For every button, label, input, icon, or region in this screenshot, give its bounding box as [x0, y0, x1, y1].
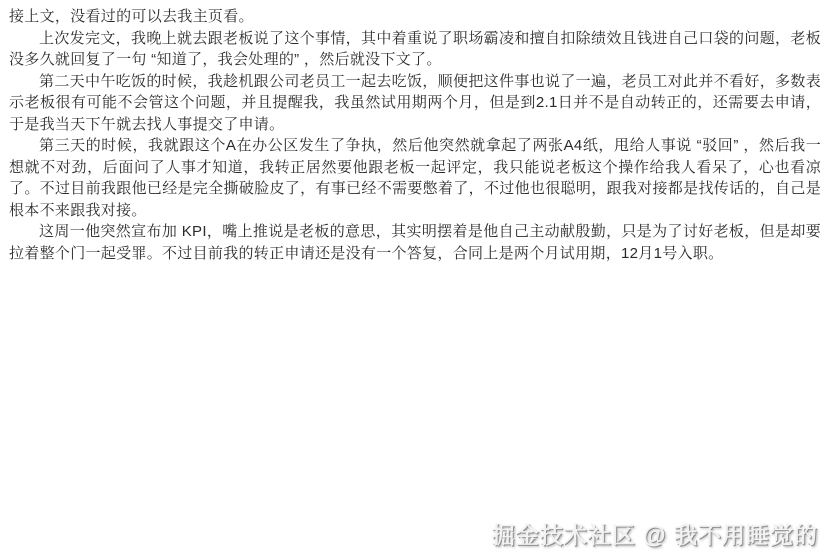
watermark: 掘金技术社区 @ 我不用睡觉的: [492, 517, 818, 550]
post-paragraph: 上次发完文，我晚上就去跟老板说了这个事情，其中着重说了职场霸凌和擅自扣除绩效且钱…: [9, 28, 821, 71]
post-paragraph: 接上文，没看过的可以去我主页看。: [9, 6, 821, 28]
post-paragraph: 这周一他突然宣布加 KPI，嘴上推说是老板的意思，其实明摆着是他自己主动献殷勤，…: [9, 221, 821, 264]
post-paragraph: 第三天的时候，我就跟这个A在办公区发生了争执，然后他突然就拿起了两张A4纸，甩给…: [9, 135, 821, 221]
post-paragraph: 第二天中午吃饭的时候，我趁机跟公司老员工一起去吃饭，顺便把这件事也说了一遍，老员…: [9, 71, 821, 136]
post-body: 接上文，没看过的可以去我主页看。上次发完文，我晚上就去跟老板说了这个事情，其中着…: [9, 6, 821, 264]
